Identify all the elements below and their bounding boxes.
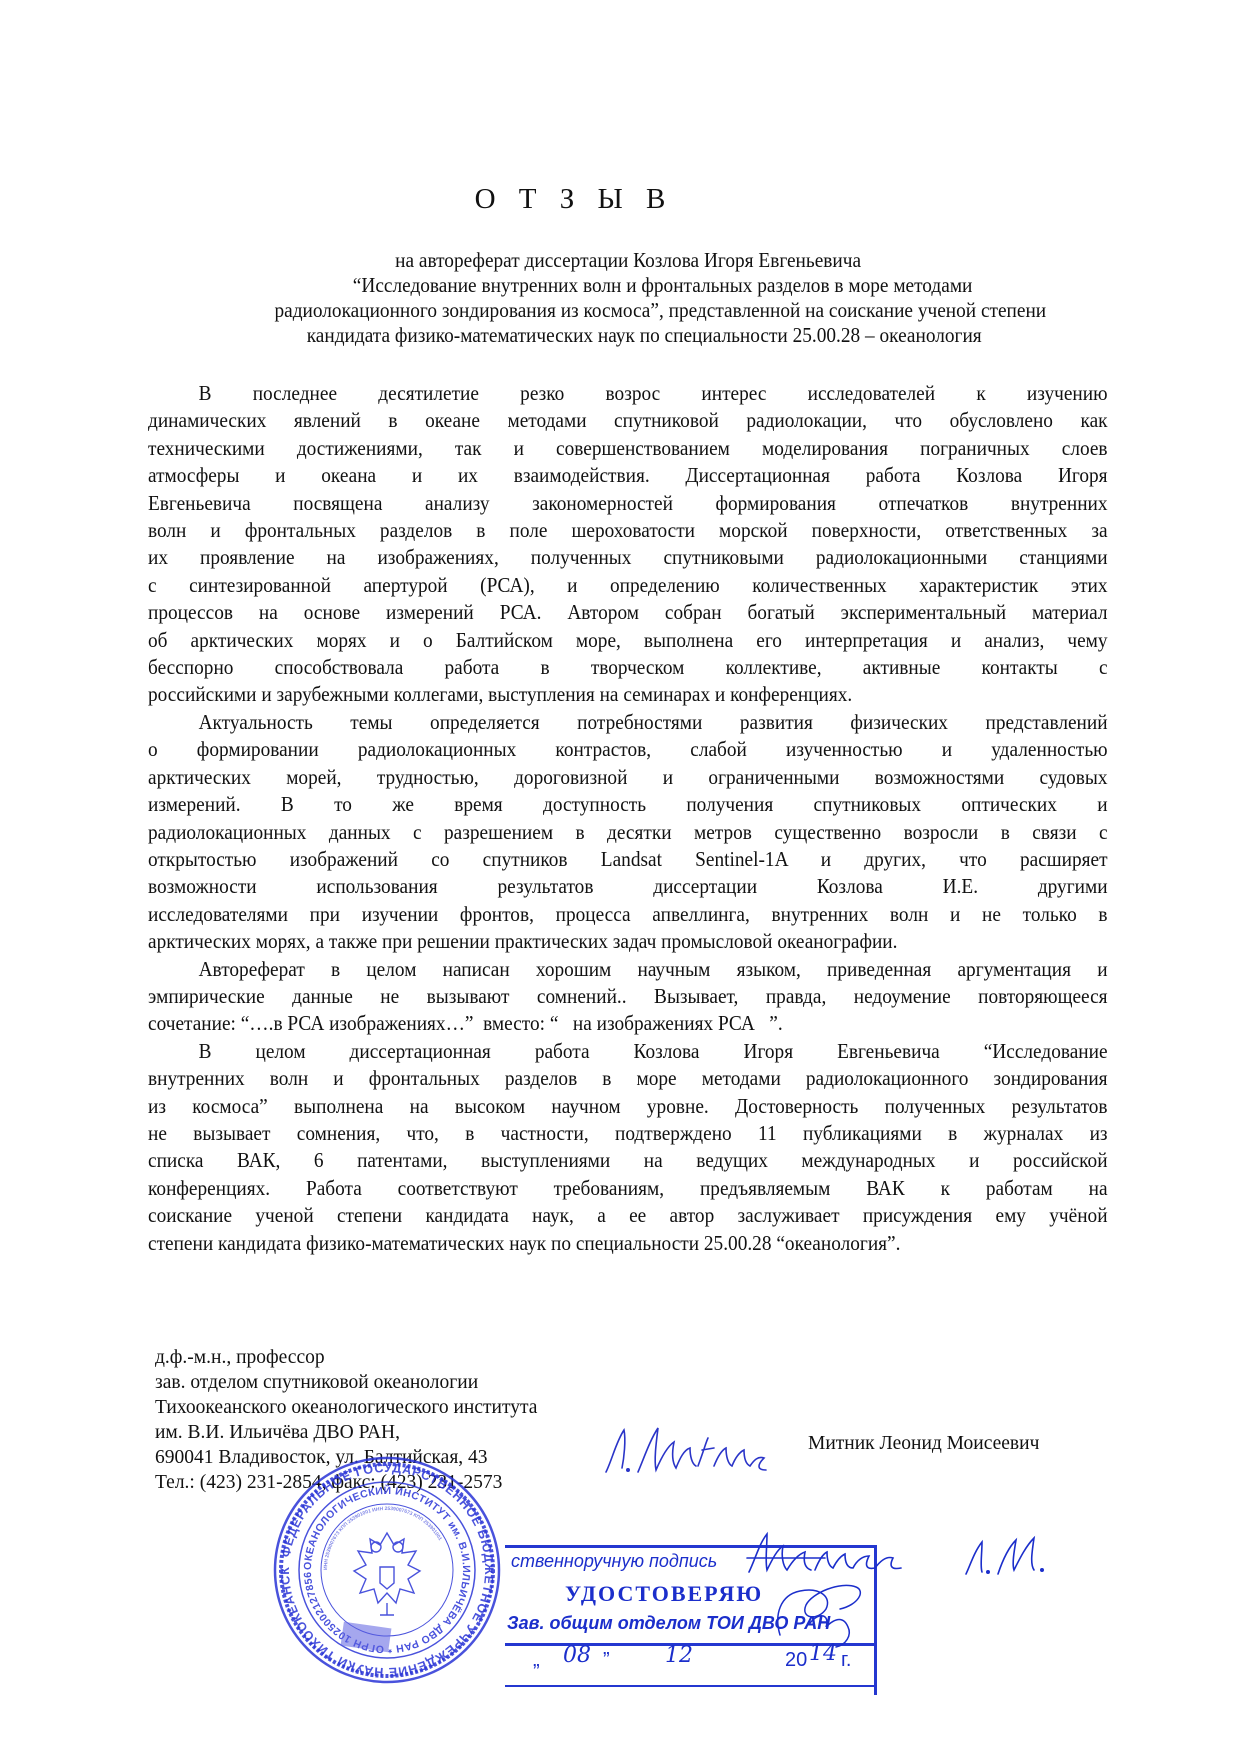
document-subheading: на автореферат диссертации Козлова Игоря… xyxy=(212,248,1058,348)
text-line: не вызывает сомнения, что, в частности, … xyxy=(148,1120,1108,1147)
text-line: Актуальность темы определяется потребнос… xyxy=(148,709,1108,736)
certification-date: „ 08 ” 12 20 14 г. xyxy=(515,1649,875,1672)
paragraph-remarks: Автореферат в целом написан хорошим науч… xyxy=(148,956,1108,1038)
certifier-signature-icon xyxy=(770,1575,870,1650)
text-line: их проявление на изображениях, полученны… xyxy=(148,544,1108,571)
certification-heading: УДОСТОВЕРЯЮ xyxy=(565,1581,763,1607)
credential-line: им. В.И. Ильичёва ДВО РАН, xyxy=(155,1420,537,1445)
text-line: эмпирические данные не вызывают сомнений… xyxy=(148,983,1108,1010)
subheading-line: на автореферат диссертации Козлова Игоря… xyxy=(198,248,1058,273)
text-line: российскими и зарубежными коллегами, выс… xyxy=(148,681,1108,708)
text-line: радиолокационных данных с разрешением в … xyxy=(148,819,1108,846)
text-line: В целом диссертационная работа Козлова И… xyxy=(148,1038,1108,1065)
document-title: О Т З Ы В xyxy=(0,183,1203,216)
signer-name: Митник Леонид Моисеевич xyxy=(808,1433,1039,1455)
credential-line: д.ф.-м.н., профессор xyxy=(155,1345,537,1370)
text-line: о формировании радиолокационных контраст… xyxy=(148,736,1108,763)
paragraph-relevance: Актуальность темы определяется потребнос… xyxy=(148,709,1108,956)
subheading-line: радиолокационного зондирования из космос… xyxy=(262,298,1058,323)
text-line: списка ВАК, 6 патентами, выступлениями н… xyxy=(148,1147,1108,1174)
credential-line: Тихоокеанского океанологического институ… xyxy=(155,1395,537,1420)
text-line: Автореферат в целом написан хорошим науч… xyxy=(148,956,1108,983)
date-close-quote: ” xyxy=(603,1649,610,1672)
text-line: степени кандидата физико-математических … xyxy=(148,1230,1108,1257)
text-line: возможности использования результатов ди… xyxy=(148,873,1108,900)
review-letter-page: О Т З Ы В на автореферат диссертации Коз… xyxy=(0,0,1258,1737)
credential-line: зав. отделом спутниковой океанологии xyxy=(155,1370,537,1395)
subheading-line: “Исследование внутренних волн и фронталь… xyxy=(267,273,1058,298)
document-body: В последнее десятилетие резко возрос инт… xyxy=(148,380,1108,1257)
text-line: арктических морях, а также при решении п… xyxy=(148,928,1108,955)
handwritten-signature-icon xyxy=(598,1420,778,1480)
text-line: внутренних волн и фронтальных разделов в… xyxy=(148,1065,1108,1092)
text-line: конференциях. Работа соответствуют требо… xyxy=(148,1175,1108,1202)
subheading-line: кандидата физико-математических наук по … xyxy=(230,323,1058,348)
paragraph-intro: В последнее десятилетие резко возрос инт… xyxy=(148,380,1108,709)
date-month: 12 xyxy=(665,1643,693,1668)
paragraph-conclusion: В целом диссертационная работа Козлова И… xyxy=(148,1038,1108,1257)
text-line: об арктических морях и о Балтийском море… xyxy=(148,627,1108,654)
text-line: открытостью изображений со спутников Lan… xyxy=(148,846,1108,873)
text-line: техническими достижениями, так и соверше… xyxy=(148,435,1108,462)
certified-signature-icon xyxy=(745,1530,945,1580)
text-line: бесспорно способствовала работа в творче… xyxy=(148,654,1108,681)
text-line: динамических явлений в океане методами с… xyxy=(148,407,1108,434)
text-line: из космоса” выполнена на высоком научном… xyxy=(148,1093,1108,1120)
text-line: атмосферы и океана и их взаимодействия. … xyxy=(148,462,1108,489)
text-line: соискание ученой степени кандидата наук,… xyxy=(148,1202,1108,1229)
text-line: В последнее десятилетие резко возрос инт… xyxy=(148,380,1108,407)
text-line: арктических морей, трудностью, дороговиз… xyxy=(148,764,1108,791)
official-seal-icon: ФЕДЕРАЛЬНОЕ ГОСУДАРСТВЕННОЕ БЮДЖЕТНОЕ УЧ… xyxy=(272,1455,502,1685)
date-year-prefix: 20 xyxy=(785,1649,807,1672)
divider xyxy=(505,1685,877,1687)
text-line: с синтезированной апертурой (РСА), и опр… xyxy=(148,572,1108,599)
handwritten-initials-icon xyxy=(960,1530,1070,1580)
text-line: исследователями при изучении фронтов, пр… xyxy=(148,901,1108,928)
text-line: измерений. В то же время доступность пол… xyxy=(148,791,1108,818)
text-line: волн и фронтальных разделов в поле шерох… xyxy=(148,517,1108,544)
text-line: процессов на основе измерений РСА. Автор… xyxy=(148,599,1108,626)
date-open-quote: „ xyxy=(533,1649,540,1671)
text-line: Евгеньевича посвящена анализу закономерн… xyxy=(148,490,1108,517)
certification-line-1: ственноручную подпись xyxy=(511,1551,717,1572)
date-day: 08 xyxy=(563,1643,591,1668)
text-line: сочетание: “….в РСА изображениях…” вмест… xyxy=(148,1010,1108,1037)
date-suffix: г. xyxy=(841,1649,851,1672)
